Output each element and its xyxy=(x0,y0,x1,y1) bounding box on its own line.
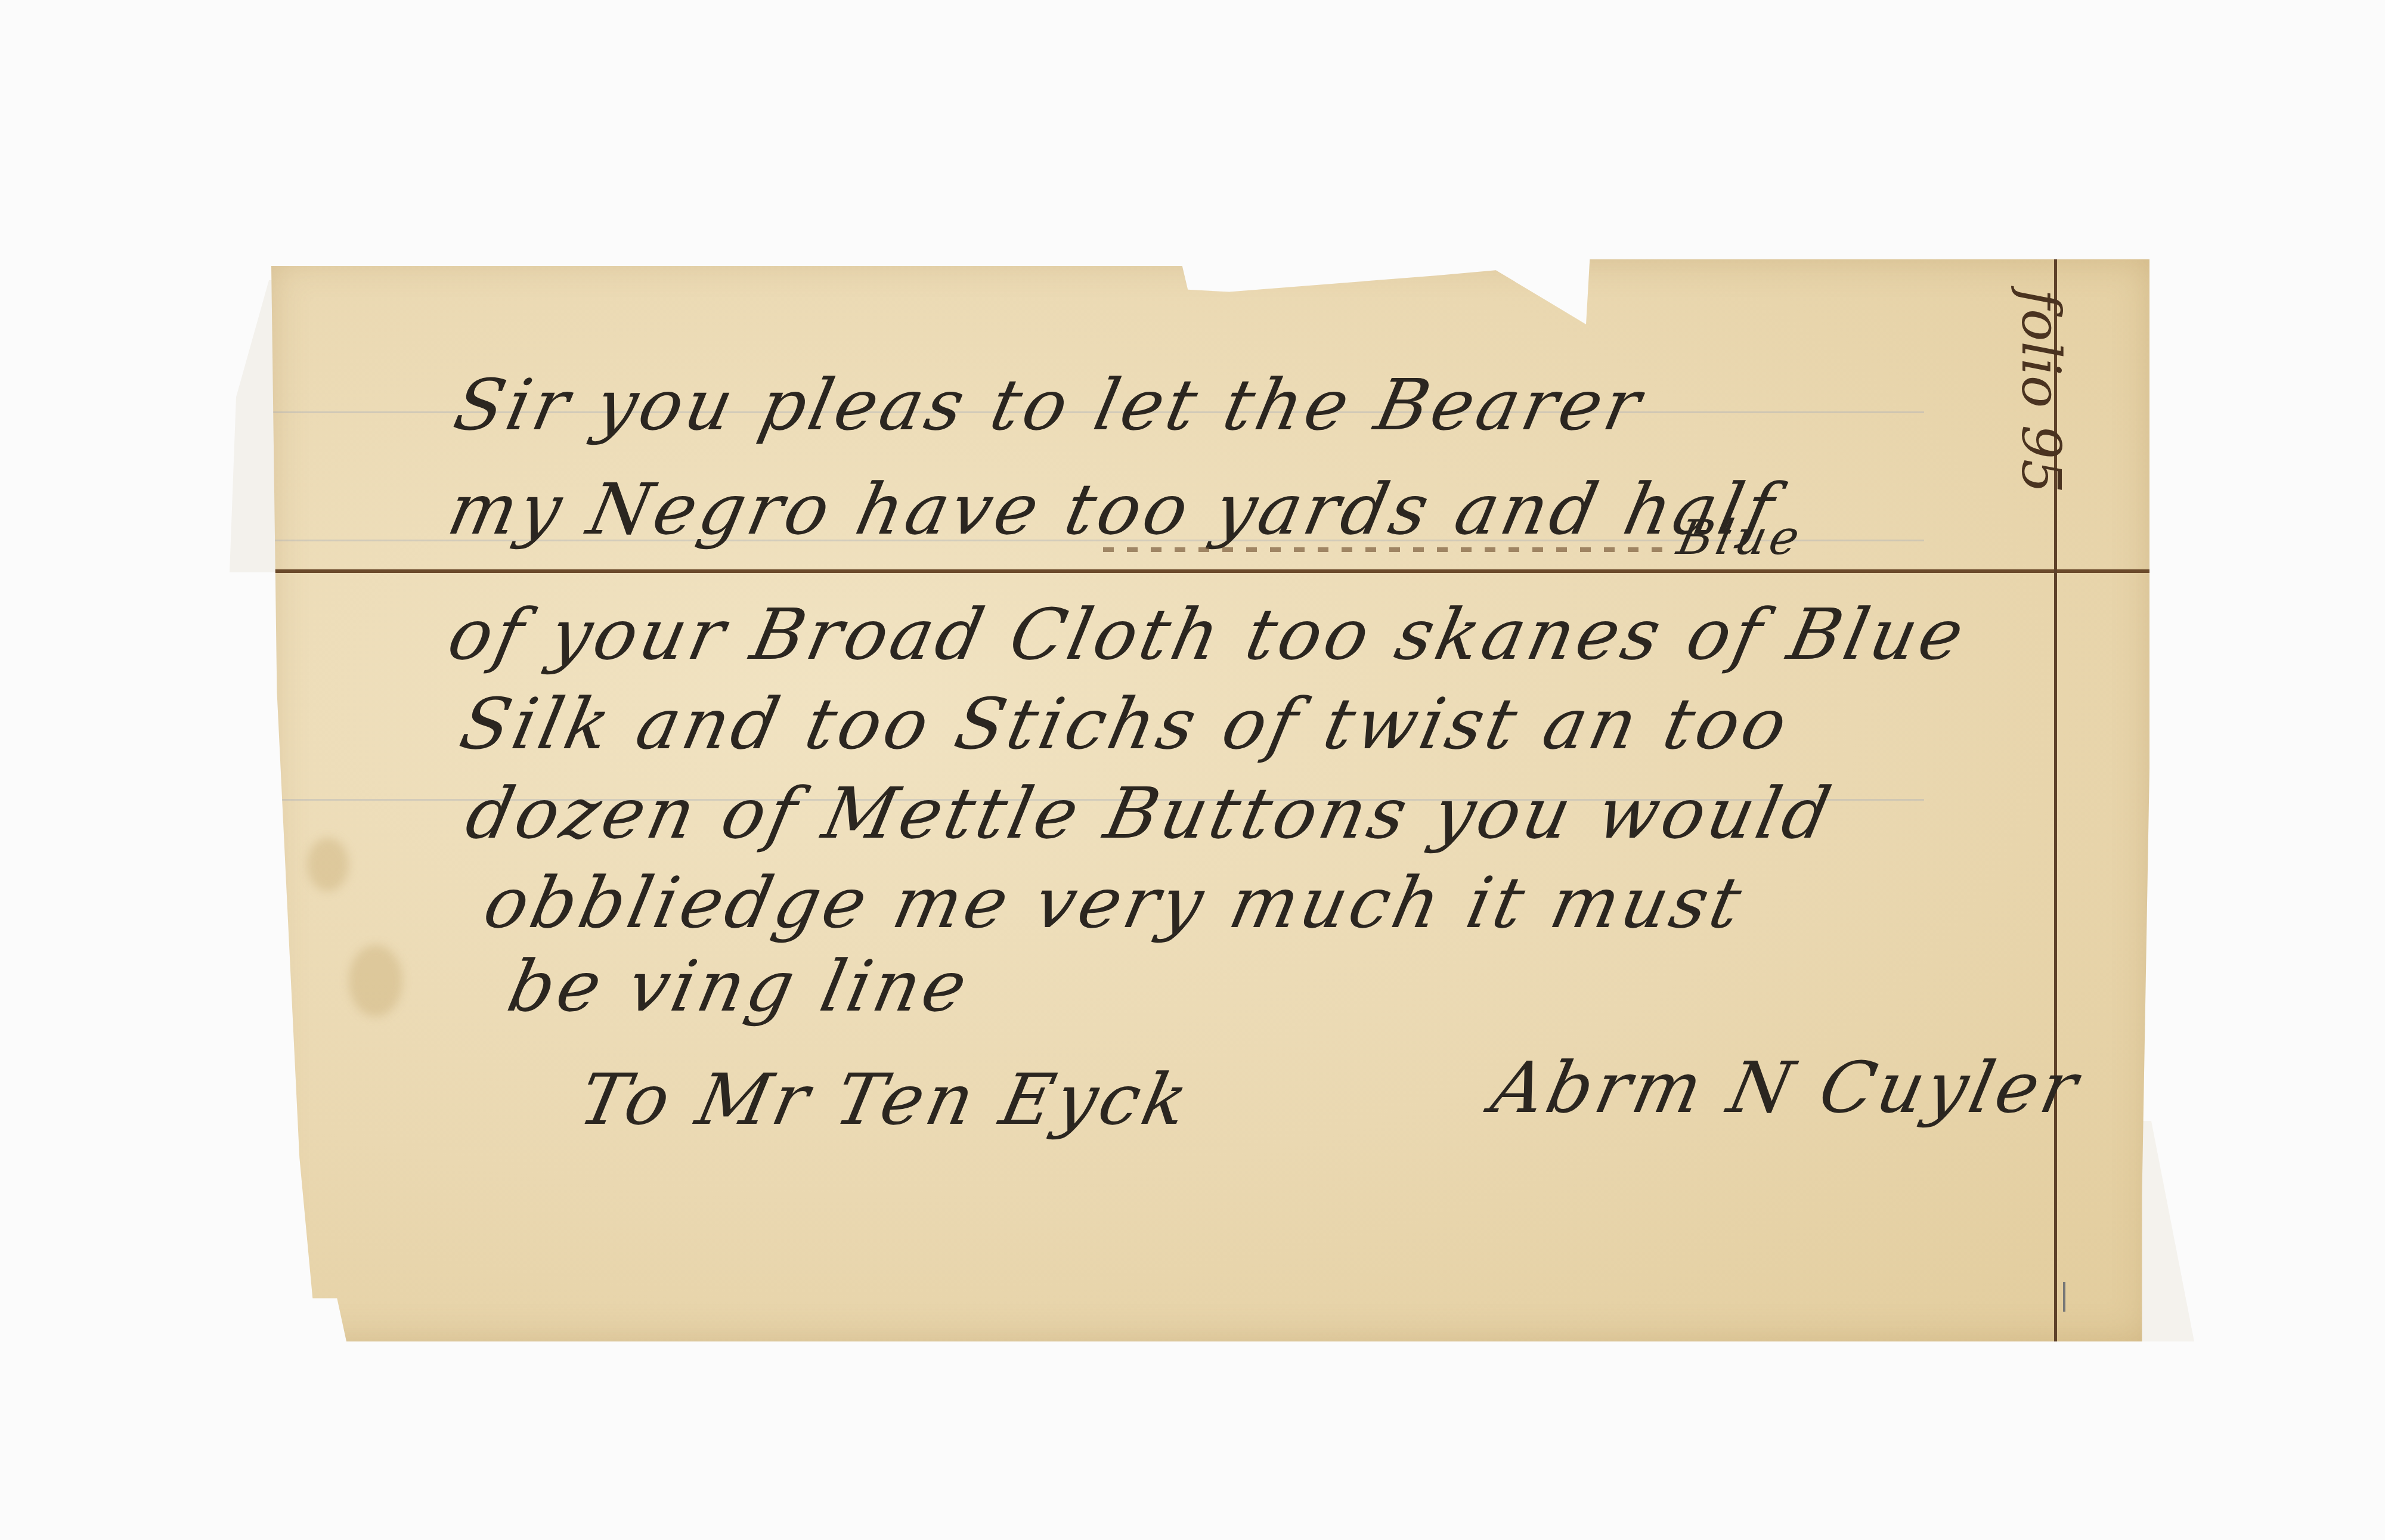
signature: Abrm N Cuyler xyxy=(1485,1046,2088,1129)
handwritten-line-5: dozen of Mettle Buttons you would xyxy=(459,772,1841,854)
document-sheet: folio 95 Sir you pleas to let the Bearer… xyxy=(271,259,2149,1341)
backing-paper-right xyxy=(2141,1121,2194,1341)
handwritten-line-2: my Negro have too yards and half xyxy=(441,468,1785,550)
foxing-stain xyxy=(307,838,349,891)
margin-folio-note: folio 95 xyxy=(2009,289,2072,493)
pencil-mark xyxy=(2063,1282,2065,1312)
handwritten-line-7: be ving line xyxy=(501,945,977,1027)
handwritten-line-4: Silk and too Stichs of twist an too xyxy=(453,683,1797,765)
handwritten-line-6: obbliedge me very much it must xyxy=(477,862,1752,944)
handwritten-line-1: Sir you pleas to let the Bearer xyxy=(447,364,1651,446)
insertion-caret-line xyxy=(1103,547,1669,552)
ledger-horizontal-rule xyxy=(271,569,2149,573)
interlinear-insertion: Blue xyxy=(1672,510,1808,565)
handwritten-line-3: of your Broad Cloth too skanes of Blue xyxy=(441,593,1974,676)
addressee: To Mr Ten Eyck xyxy=(572,1058,1198,1141)
foxing-stain xyxy=(349,945,402,1017)
